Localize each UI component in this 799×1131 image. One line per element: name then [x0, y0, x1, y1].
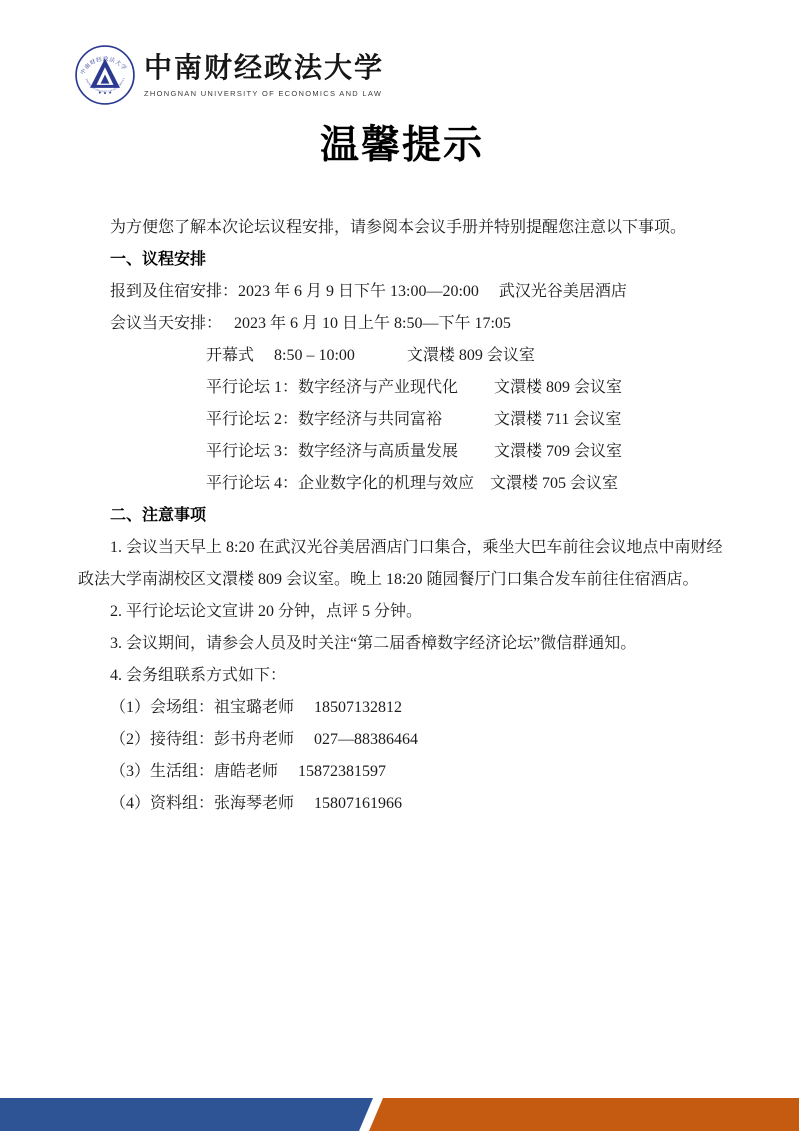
contact-line-materials: （4）资料组：张海琴老师 15807161966 — [78, 788, 726, 820]
schedule-line-forum1: 平行论坛 1：数字经济与产业现代化 文澴楼 809 会议室 — [78, 372, 726, 404]
schedule-line-opening: 开幕式 8:50 – 10:00 文澴楼 809 会议室 — [78, 340, 726, 372]
contact-line-reception: （2）接待组：彭书舟老师 027—88386464 — [78, 724, 726, 756]
footer-band — [0, 1098, 799, 1131]
registration-line: 报到及住宿安排：2023 年 6 月 9 日下午 13:00—20:00 武汉光… — [78, 276, 726, 308]
university-name-english: ZHONGNAN UNIVERSITY OF ECONOMICS AND LAW — [144, 89, 384, 98]
university-wordmark: 中南财经政法大学 ZHONGNAN UNIVERSITY OF ECONOMIC… — [144, 52, 384, 98]
note-item-3: 3. 会议期间，请参会人员及时关注“第二届香樟数字经济论坛”微信群通知。 — [78, 628, 726, 660]
notes-heading: 二、注意事项 — [78, 500, 726, 532]
schedule-line-forum4: 平行论坛 4：企业数字化的机理与效应 文澴楼 705 会议室 — [78, 468, 726, 500]
note-item-1: 1. 会议当天早上 8:20 在武汉光谷美居酒店门口集合，乘坐大巴车前往会议地点… — [78, 532, 726, 596]
conference-day-line: 会议当天安排： 2023 年 6 月 10 日上午 8:50—下午 17:05 — [78, 308, 726, 340]
university-seal-icon: 中南财经政法大学 ZHONGNAN UNIVERSITY OF ECONOMIC… — [74, 44, 136, 106]
university-logo: 中南财经政法大学 ZHONGNAN UNIVERSITY OF ECONOMIC… — [74, 44, 384, 106]
contact-line-logistics: （3）生活组：唐皓老师 15872381597 — [78, 756, 726, 788]
schedule-line-forum3: 平行论坛 3：数字经济与高质量发展 文澴楼 709 会议室 — [78, 436, 726, 468]
university-name-chinese: 中南财经政法大学 — [144, 52, 384, 86]
intro-paragraph: 为方便您了解本次论坛议程安排，请参阅本会议手册并特别提醒您注意以下事项。 — [78, 212, 726, 244]
agenda-heading: 一、议程安排 — [78, 244, 726, 276]
contact-line-venue: （1）会场组：祖宝璐老师 18507132812 — [78, 692, 726, 724]
page-title: 温馨提示 — [78, 120, 726, 172]
document-body: 温馨提示 为方便您了解本次论坛议程安排，请参阅本会议手册并特别提醒您注意以下事项… — [78, 120, 726, 820]
document-page: 中南财经政法大学 ZHONGNAN UNIVERSITY OF ECONOMIC… — [0, 0, 799, 1131]
note-item-4: 4. 会务组联系方式如下： — [78, 660, 726, 692]
note-item-2: 2. 平行论坛论文宣讲 20 分钟，点评 5 分钟。 — [78, 596, 726, 628]
schedule-line-forum2: 平行论坛 2：数字经济与共同富裕 文澴楼 711 会议室 — [78, 404, 726, 436]
